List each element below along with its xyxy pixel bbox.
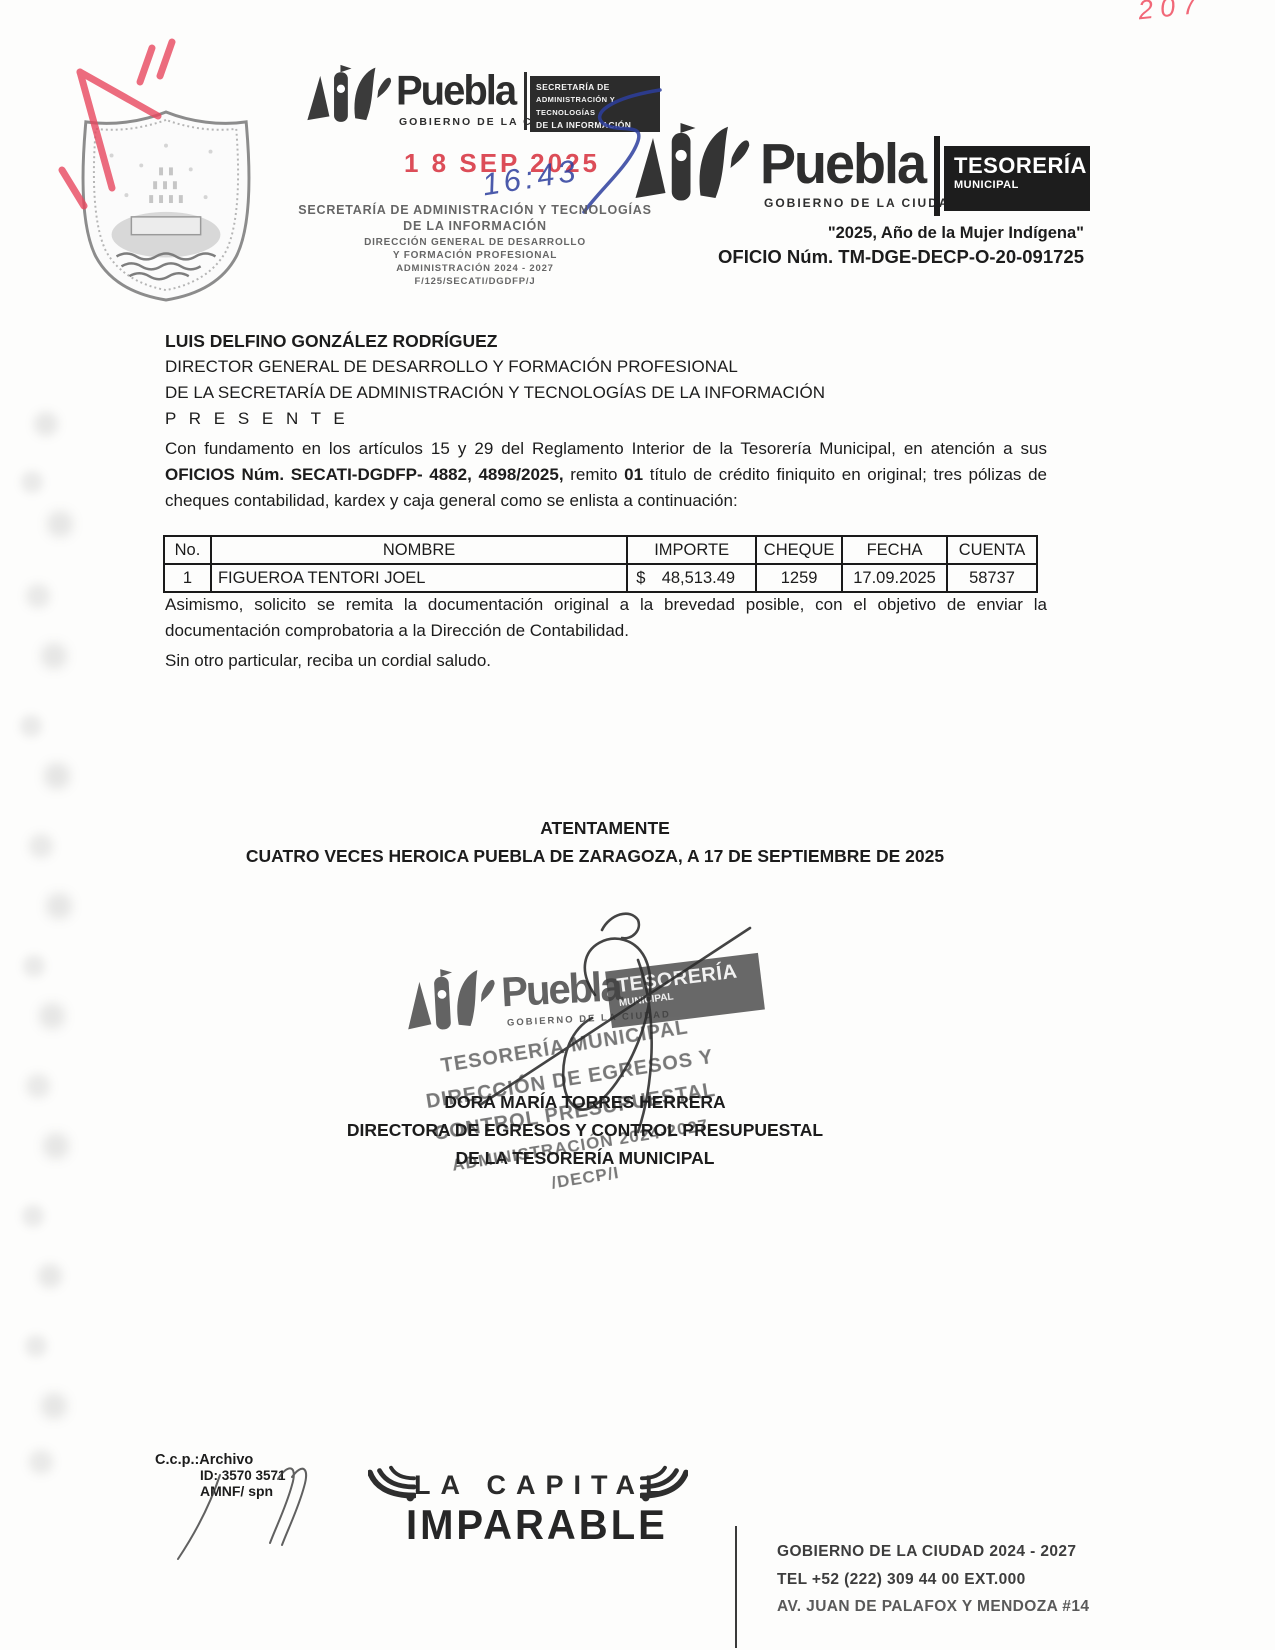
puebla-logo-icon	[622, 118, 754, 218]
footer-line: TEL +52 (222) 309 44 00 EXT.000	[777, 1566, 1137, 1594]
recipient-org: DE LA SECRETARÍA DE ADMINISTRACIÓN Y TEC…	[165, 380, 1065, 406]
signatory-name: DORA MARÍA TORRES HERRERA	[280, 1088, 890, 1116]
logo-divider	[524, 72, 527, 130]
table-header-row: No. NOMBRE IMPORTE CHEQUE FECHA CUENTA	[164, 536, 1037, 564]
oficio-number: OFICIO Núm. TM-DGE-DECP-O-20-091725	[600, 246, 1084, 268]
cell-fecha: 17.09.2025	[842, 564, 947, 592]
sati-brand-wordmark: Puebla	[396, 68, 515, 115]
red-pencil-marks	[40, 20, 300, 240]
tesoreria-black-box: TESORERÍA MUNICIPAL	[944, 146, 1090, 211]
col-header-cuenta: CUENTA	[947, 536, 1037, 564]
tesoreria-brand-wordmark: Puebla	[760, 132, 925, 196]
pen-scribble	[160, 1455, 320, 1565]
wing-right-icon	[640, 1464, 688, 1506]
scan-speckles	[0, 0, 8, 8]
cell-cheque: 1259	[756, 564, 842, 592]
p1-count: 01	[624, 465, 643, 484]
body-paragraph-3: Sin otro particular, reciba un cordial s…	[165, 648, 1047, 674]
capital-text: LA CAPITAL	[414, 1470, 671, 1501]
col-header-fecha: FECHA	[842, 536, 947, 564]
signatory-block: DORA MARÍA TORRES HERRERA DIRECTORA DE E…	[280, 1088, 890, 1172]
receipt-stamp-line: F/125/SECATI/DGDFP/J	[280, 275, 670, 288]
remittance-table: No. NOMBRE IMPORTE CHEQUE FECHA CUENTA 1…	[163, 535, 1038, 593]
tesoreria-box-sub: MUNICIPAL	[954, 179, 1082, 191]
imparable-text: IMPARABLE	[406, 1502, 668, 1549]
recipient-presente: P R E S E N T E	[165, 406, 1065, 432]
receipt-stamp-line: SECRETARÍA DE ADMINISTRACIÓN Y TECNOLOGÍ…	[280, 202, 670, 218]
col-header-importe: IMPORTE	[627, 536, 756, 564]
cell-cuenta: 58737	[947, 564, 1037, 592]
table-row: 1 FIGUEROA TENTORI JOEL $ 48,513.49 1259…	[164, 564, 1037, 592]
year-motto: "2025, Año de la Mujer Indígena"	[600, 224, 1084, 243]
signatory-title-2: DE LA TESORERÍA MUNICIPAL	[280, 1144, 890, 1172]
importe-value: 48,513.49	[662, 569, 735, 588]
wing-left-icon	[368, 1464, 416, 1506]
body-paragraph-2: Asimismo, solicito se remita la document…	[165, 592, 1047, 644]
p1-text: Con fundamento en los artículos 15 y 29 …	[165, 439, 1047, 458]
cell-importe: $ 48,513.49	[627, 564, 756, 592]
currency-symbol: $	[636, 569, 645, 588]
recipient-title: DIRECTOR GENERAL DE DESARROLLO Y FORMACI…	[165, 354, 1065, 380]
logo-divider	[934, 136, 940, 216]
tesoreria-logo: Puebla GOBIERNO DE LA CIUDAD TESORERÍA M…	[622, 118, 1082, 218]
footer-line: AV. JUAN DE PALAFOX Y MENDOZA #14	[777, 1593, 1137, 1621]
col-header-nombre: NOMBRE	[211, 536, 627, 564]
atentamente: ATENTAMENTE	[165, 818, 1045, 839]
recipient-name: LUIS DELFINO GONZÁLEZ RODRÍGUEZ	[165, 328, 1065, 354]
place-and-date: CUATRO VECES HEROICA PUEBLA DE ZARAGOZA,…	[145, 846, 1045, 867]
cell-no: 1	[164, 564, 211, 592]
p1-oficios-ref: OFICIOS Núm. SECATI-DGDFP- 4882, 4898/20…	[165, 465, 564, 484]
puebla-logo-icon	[300, 60, 392, 136]
recipient-block: LUIS DELFINO GONZÁLEZ RODRÍGUEZ DIRECTOR…	[165, 328, 1065, 432]
capital-imparable-logo: LA CAPITAL IMPARABLE	[368, 1460, 688, 1555]
cell-nombre: FIGUEROA TENTORI JOEL	[211, 564, 627, 592]
col-header-no: No.	[164, 536, 211, 564]
footer-line: GOBIERNO DE LA CIUDAD 2024 - 2027	[777, 1538, 1137, 1566]
signatory-title-1: DIRECTORA DE EGRESOS Y CONTROL PRESUPUES…	[280, 1116, 890, 1144]
tesoreria-box-main: TESORERÍA	[954, 153, 1082, 179]
handwritten-corner-mark: 207	[1137, 0, 1206, 26]
tesoreria-brand-tagline: GOBIERNO DE LA CIUDAD	[764, 196, 960, 210]
p1-text: remito	[564, 465, 625, 484]
footer-contact-block: GOBIERNO DE LA CIUDAD 2024 - 2027 TEL +5…	[777, 1538, 1137, 1621]
footer-divider-line	[735, 1526, 737, 1648]
receipt-stamp-block: SECRETARÍA DE ADMINISTRACIÓN Y TECNOLOGÍ…	[280, 202, 670, 288]
body-paragraph-1: Con fundamento en los artículos 15 y 29 …	[165, 436, 1047, 514]
col-header-cheque: CHEQUE	[756, 536, 842, 564]
